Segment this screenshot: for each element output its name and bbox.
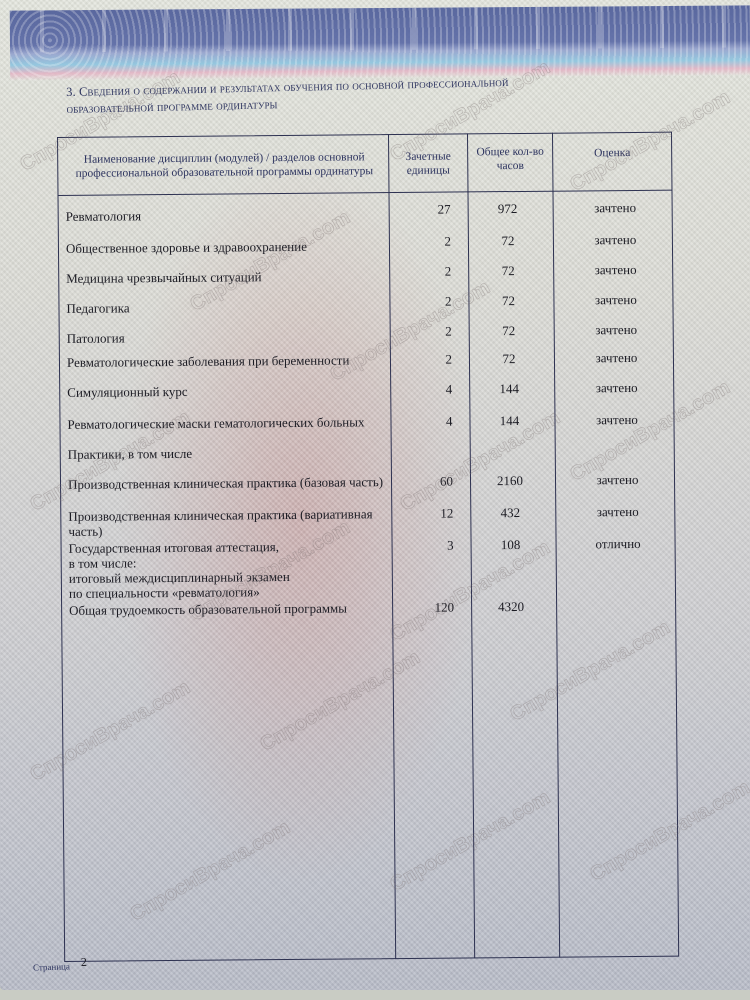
credit-units: 4	[394, 382, 452, 399]
credit-units: 27	[393, 202, 451, 219]
total-hours: 72	[473, 233, 543, 250]
credit-units: 2	[393, 234, 451, 251]
total-hours: 4320	[476, 599, 546, 616]
page-number: 2	[81, 955, 88, 970]
discipline-name: Ревматологические заболевания при береме…	[67, 352, 385, 370]
discipline-name: Ревматологические маски гематологических…	[67, 414, 385, 432]
credit-units: 2	[394, 352, 452, 369]
total-hours: 72	[474, 351, 544, 368]
grade: зачтено	[558, 292, 673, 309]
total-hours: 72	[474, 323, 544, 340]
grade: отлично	[561, 536, 676, 553]
credit-units: 3	[396, 538, 454, 555]
total-hours: 72	[473, 263, 543, 280]
total-hours: 432	[475, 505, 545, 522]
ornamental-band	[10, 5, 750, 80]
header-credits: Зачетные единицы	[393, 149, 463, 178]
grade: зачтено	[558, 232, 673, 249]
discipline-name: Педагогика	[66, 298, 384, 316]
credit-units: 2	[393, 264, 451, 281]
credit-units: 60	[395, 474, 453, 491]
discipline-name: Практики, в том числе	[68, 444, 386, 462]
grade: зачтено	[560, 472, 675, 489]
discipline-name: Медицина чрезвычайных ситуаций	[66, 268, 384, 286]
discipline-name: Ревматология	[66, 206, 384, 224]
header-grade: Оценка	[557, 146, 667, 161]
grade: зачтено	[558, 200, 673, 217]
credit-units: 12	[395, 506, 453, 523]
grade: зачтено	[559, 350, 674, 367]
discipline-name: Общая трудоемкость образовательной прогр…	[69, 600, 387, 618]
discipline-name: Производственная клиническая практика (в…	[68, 506, 386, 539]
header-hours: Общее кол-во часов	[472, 145, 548, 174]
discipline-name: Общественное здоровье и здравоохранение	[66, 238, 384, 256]
grade: зачтено	[560, 504, 675, 521]
credit-units: 120	[396, 600, 454, 617]
total-hours: 108	[476, 537, 546, 554]
discipline-name: Симуляционный курс	[67, 382, 385, 400]
grade: зачтено	[559, 412, 674, 429]
grade: зачтено	[559, 322, 674, 339]
credit-units: 2	[394, 324, 452, 341]
total-hours: 2160	[475, 473, 545, 490]
total-hours: 972	[473, 201, 543, 218]
total-hours: 144	[474, 381, 544, 398]
document-page: 3. Сведения о содержании и результатах о…	[0, 0, 750, 990]
total-hours: 144	[474, 413, 544, 430]
results-table: Наименование дисциплин (модулей) / разде…	[57, 132, 679, 962]
discipline-name: Производственная клиническая практика (б…	[68, 474, 386, 492]
page-footer: Страница 2	[33, 961, 70, 972]
total-hours: 72	[473, 293, 543, 310]
discipline-name: Патология	[67, 328, 385, 346]
credit-units: 4	[394, 414, 452, 431]
discipline-name: Государственная итоговая аттестация, в т…	[69, 538, 388, 601]
credit-units: 2	[393, 294, 451, 311]
grade: зачтено	[558, 262, 673, 279]
grade: зачтено	[559, 380, 674, 397]
page-label: Страница	[33, 961, 70, 972]
header-discipline: Наименование дисциплин (модулей) / разде…	[65, 150, 383, 181]
